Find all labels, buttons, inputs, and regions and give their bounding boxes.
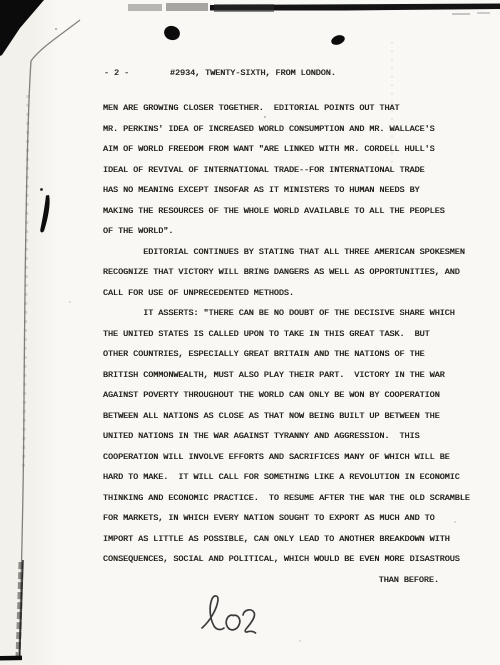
document-line: IT ASSERTS: "THERE CAN BE NO DOUBT OF TH…	[103, 303, 481, 324]
document-line: THINKING AND ECONOMIC PRACTICE. TO RESUM…	[103, 488, 481, 509]
document-line: IMPORT AS LITTLE AS POSSIBLE, CAN ONLY L…	[103, 529, 481, 550]
document-line: MEN ARE GROWING CLOSER TOGETHER. EDITORI…	[103, 98, 481, 119]
top-edge-scan-band	[128, 3, 500, 15]
margin-ink-streak	[40, 188, 50, 232]
document-line: EDITORIAL CONTINUES BY STATING THAT ALL …	[103, 242, 481, 263]
handwritten-letter-l	[202, 596, 224, 630]
document-line: AIM OF WORLD FREEDOM FROM WANT "ARE LINK…	[103, 139, 481, 160]
document-closing-line: THAN BEFORE.	[103, 570, 481, 591]
document-line: OF THE WORLD".	[103, 221, 481, 242]
document-line: HAS NO MEANING EXCEPT INSOFAR AS IT MINI…	[103, 180, 481, 201]
ink-blot-left	[162, 24, 182, 42]
document-line: HARD TO MAKE. IT WILL CALL FOR SOMETHING…	[103, 467, 481, 488]
typed-body: MEN ARE GROWING CLOSER TOGETHER. EDITORI…	[103, 98, 481, 590]
document-line: BRITISH COMMONWEALTH, MUST ALSO PLAY THE…	[103, 365, 481, 386]
document-line: BETWEEN ALL NATIONS AS CLOSE AS THAT NOW…	[103, 406, 481, 427]
handwritten-digit-2	[243, 610, 256, 633]
left-page-edge-line	[18, 20, 80, 660]
document-line: MAKING THE RESOURCES OF THE WHOLE WORLD …	[103, 201, 481, 222]
handwritten-note	[197, 590, 263, 636]
handwritten-letter-o	[226, 615, 240, 630]
document-line: IDEAL OF REVIVAL OF INTERNATIONAL TRADE-…	[103, 160, 481, 181]
document-line: CALL FOR USE OF UNPRECEDENTED METHODS.	[103, 283, 481, 304]
document-line: RECOGNIZE THAT VICTORY WILL BRING DANGER…	[103, 262, 481, 283]
document-line: CONSEQUENCES, SOCIAL AND POLITICAL, WHIC…	[103, 549, 481, 570]
corner-fold-triangle	[0, 0, 44, 56]
document-line: AGAINST POVERTY THROUGHOUT THE WORLD CAN…	[103, 385, 481, 406]
document-line: OTHER COUNTRIES, ESPECIALLY GREAT BRITAI…	[103, 344, 481, 365]
document-line: UNITED NATIONS IN THE WAR AGAINST TYRANN…	[103, 426, 481, 447]
document-line: MR. PERKINS' IDEA OF INCREASED WORLD CON…	[103, 119, 481, 140]
document-line: COOPERATION WILL INVOLVE EFFORTS AND SAC…	[103, 447, 481, 468]
dispatch-reference: #2934, TWENTY-SIXTH, FROM LONDON.	[170, 66, 336, 80]
document-line: FOR MARKETS, IN WHICH EVERY NATION SOUGH…	[103, 508, 481, 529]
page-number: - 2 -	[104, 66, 129, 80]
ink-blot-right	[330, 33, 346, 46]
bottom-left-scan-bar	[0, 656, 22, 661]
document-line: THE UNITED STATES IS CALLED UPON TO TAKE…	[103, 324, 481, 345]
scanned-document-page: { "page": { "description": "Scanned type…	[0, 0, 500, 665]
